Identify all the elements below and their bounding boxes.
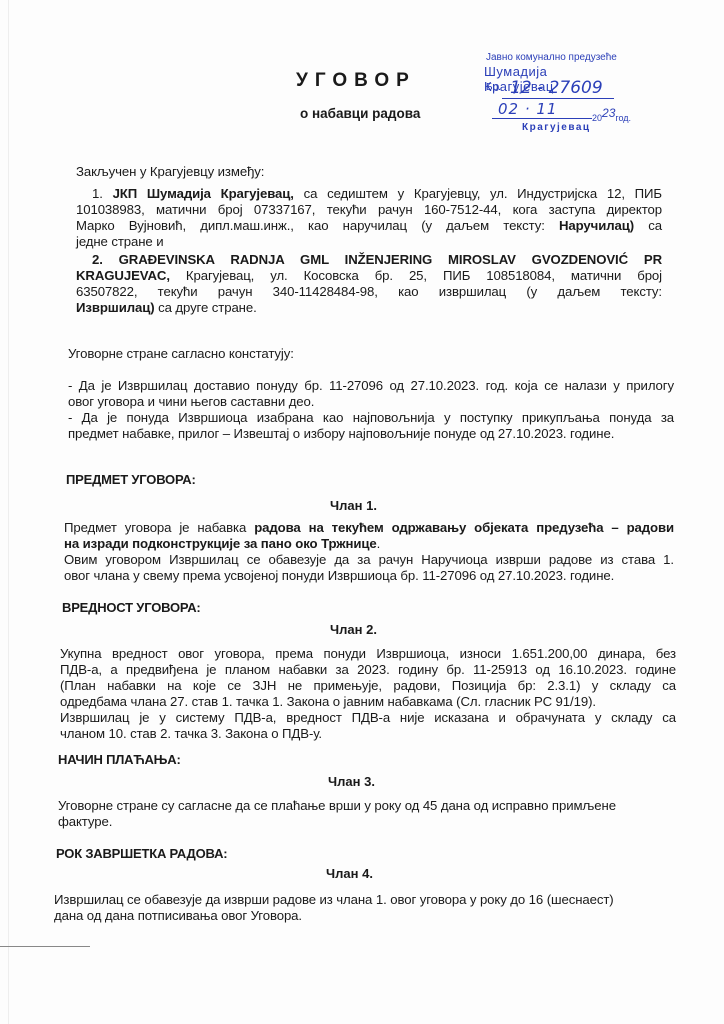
article-1-line4: овог члана у свему према усвојеној понуд… <box>64 568 614 584</box>
party1-line2: 101038983, матични број 07337167, текући… <box>76 202 662 218</box>
stamp-line <box>492 118 592 119</box>
article-1-subject: на изради подконструкције за пано око Тр… <box>64 536 377 551</box>
party2-text: са друге стране. <box>158 300 257 315</box>
scan-edge <box>8 0 9 1024</box>
article-2-line5: Извршилац је у систему ПДВ-а, вредност П… <box>60 710 676 726</box>
section-heading-value: ВРЕДНОСТ УГОВОРА: <box>62 600 201 615</box>
party2-text: Крагујевац, ул. Косовска бр. 25, ПИБ 108… <box>186 268 662 283</box>
intro-text: Закључен у Крагујевцу између: <box>76 164 264 180</box>
scan-artifact-line <box>0 946 90 947</box>
article-1-title: Члан 1. <box>330 498 377 513</box>
article-1-line1: Предмет уговора је набавка радова на тек… <box>64 520 674 536</box>
party2-city: KRAGUJEVAC, <box>76 268 170 283</box>
article-4-title: Члан 4. <box>326 866 373 881</box>
article-4-line1: Извршилац се обавезује да изврши радове … <box>54 892 614 908</box>
stamp-city: Крагујевац <box>522 122 591 133</box>
section-heading-payment: НАЧИН ПЛАЋАЊА: <box>58 752 181 767</box>
article-1-text: Предмет уговора је набавка <box>64 520 254 535</box>
agreement-item2-line1: - Да је понуда Извршиоца изабрана као на… <box>68 410 674 426</box>
article-2-line3: (План набавки на које се ЗЈН не примењуј… <box>60 678 676 694</box>
agreement-item1-line2: овог уговора и чини његов саставни део. <box>68 394 314 410</box>
party1-line4: једне стране и <box>76 234 164 250</box>
year-prefix: 20 <box>592 113 602 123</box>
party1-line1: 1. ЈКП Шумадија Крагујевац, са седиштем … <box>92 186 662 202</box>
article-2-line1: Укупна вредност овог уговора, према пону… <box>60 646 676 662</box>
party1-name: ЈКП Шумадија Крагујевац, <box>113 186 294 201</box>
article-2-title: Члан 2. <box>330 622 377 637</box>
agreement-item2-line2: предмет набавке, прилог – Извештај о изб… <box>68 426 614 442</box>
stamp-org-type: Јавно комунално предузеће <box>486 52 617 63</box>
party2-role: Извршилац) <box>76 300 155 315</box>
stamp-date: 02 · 11 <box>498 100 557 118</box>
article-2-line6: чланом 10. став 2. тачка 3. Закона о ПДВ… <box>60 726 322 742</box>
party1-text: Марко Вујновић, дипл.маш.инж., као наруч… <box>76 218 545 233</box>
party2-line4: Извршилац) са друге стране. <box>76 300 257 316</box>
party2-line1: 2. GRAĐEVINSKA RADNJA GML INŽENJERING MI… <box>92 252 662 268</box>
article-3-line1: Уговорне стране су сагласне да се плаћањ… <box>58 798 616 814</box>
document-subtitle: о набавци радова <box>300 106 420 121</box>
agreement-item1-line1: - Да је Извршилац доставио понуду бр. 11… <box>68 378 674 394</box>
document-page: УГОВОР о набавци радова Јавно комунално … <box>0 0 724 1024</box>
stamp-line <box>502 98 614 99</box>
section-heading-deadline: РОК ЗАВРШЕТКА РАДОВА: <box>56 846 227 861</box>
party1-text: са <box>648 218 662 233</box>
article-1-line3: Овим уговором Извршилац се обавезује да … <box>64 552 674 568</box>
article-2-line4: одредбама члана 27. став 1. тачка 1. Зак… <box>60 694 596 710</box>
article-1-text: . <box>377 536 381 551</box>
party2-line2: KRAGUJEVAC, Крагујевац, ул. Косовска бр.… <box>76 268 662 284</box>
party1-line3: Марко Вујновић, дипл.маш.инж., као наруч… <box>76 218 662 234</box>
stamp-number: 12 - 27609 <box>510 78 603 98</box>
article-3-title: Члан 3. <box>328 774 375 789</box>
party1-text: са седиштем у Крагујевцу, ул. Индустријс… <box>304 186 662 201</box>
agreement-intro: Уговорне стране сагласно констатују: <box>68 346 294 362</box>
registry-stamp: Јавно комунално предузеће Шумадија Крагу… <box>478 48 618 138</box>
article-4-line2: дана од дана потписивања овог Уговора. <box>54 908 302 924</box>
party1-role: Наручилац) <box>559 218 634 233</box>
title-text: УГОВОР <box>296 70 416 92</box>
stamp-number-label: Бр. <box>486 82 501 93</box>
article-3-line2: фактуре. <box>58 814 112 830</box>
year-suffix: 23 <box>602 106 615 120</box>
stamp-year: 2023год. <box>592 110 631 124</box>
party1-number: 1. <box>92 186 103 201</box>
party2-line3: 63507822, текући рачун 340-11428484-98, … <box>76 284 662 300</box>
article-1-line2: на изради подконструкције за пано око Тр… <box>64 536 380 552</box>
article-2-line2: ПДВ-а, а предвиђена је планом набавки за… <box>60 662 676 678</box>
year-label: год. <box>615 113 631 123</box>
article-1-subject: радова на текућем одржавању објеката пре… <box>254 520 674 535</box>
section-heading-subject: ПРЕДМЕТ УГОВОРА: <box>66 472 196 487</box>
